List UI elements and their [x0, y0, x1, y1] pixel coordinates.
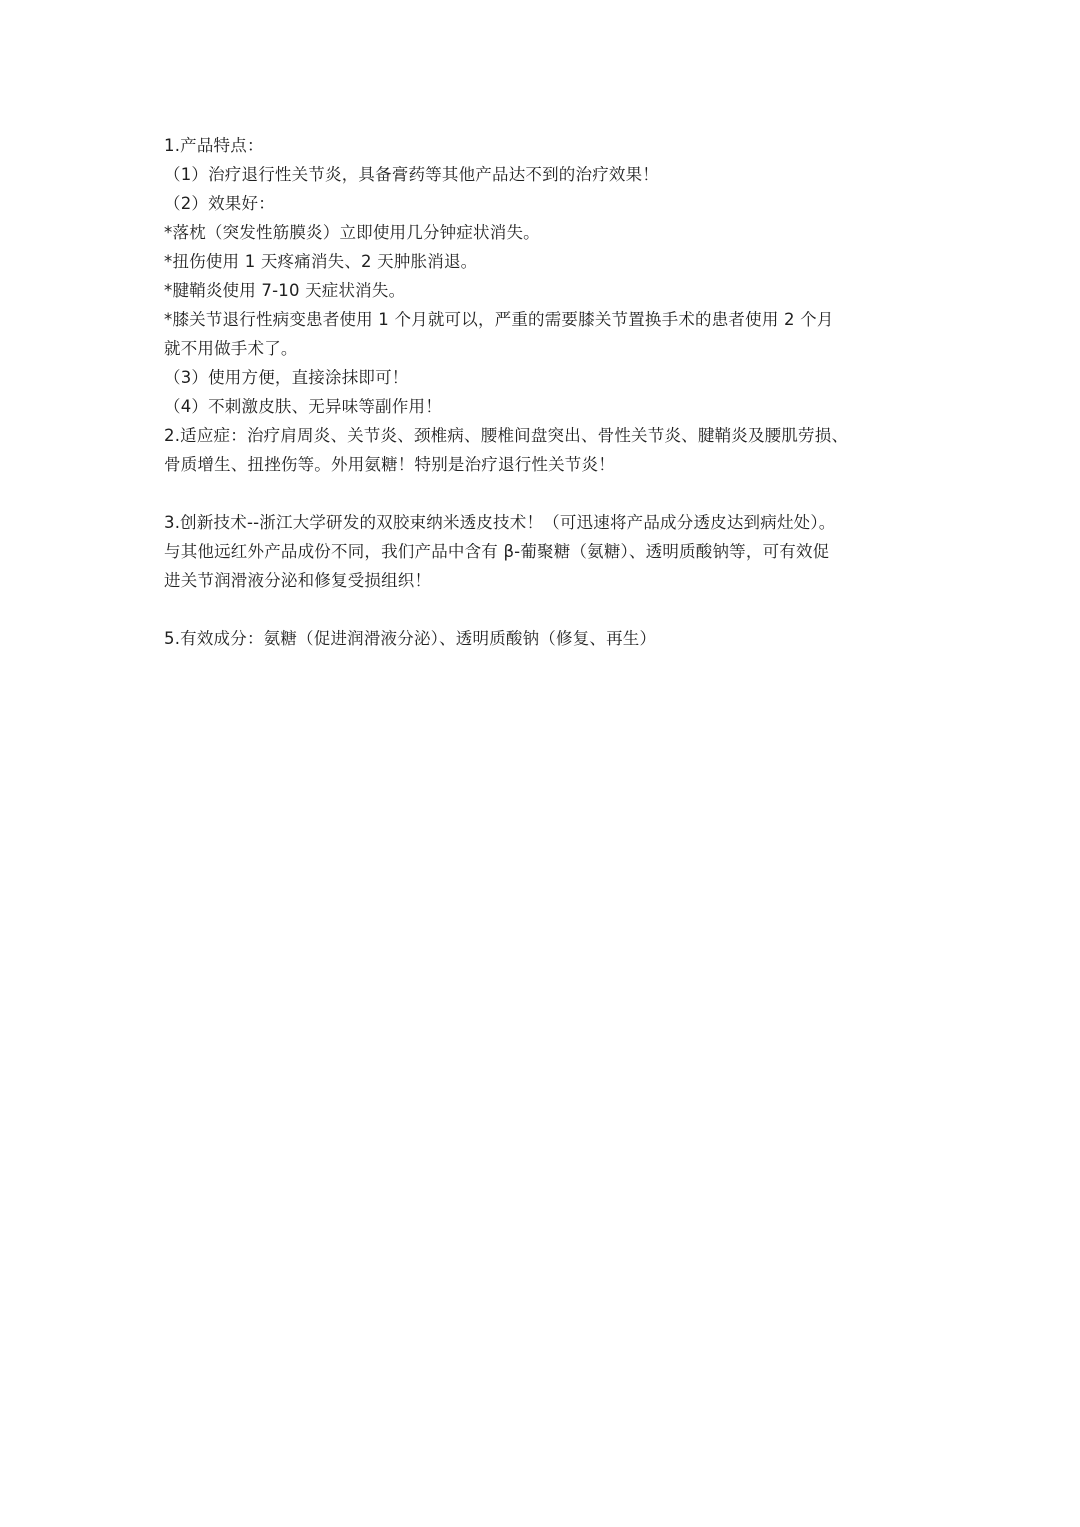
- section-innovation: 3.创新技术--浙江大学研发的双胶束纳米透皮技术！（可迅速将产品成分透皮达到病灶…: [164, 508, 944, 595]
- effect-item-knee: *膝关节退行性病变患者使用 1 个月就可以，严重的需要膝关节置换手术的患者使用 …: [164, 305, 944, 334]
- effect-item-tenosynovitis: *腱鞘炎使用 7-10 天症状消失。: [164, 276, 944, 305]
- innovation-line-1: 3.创新技术--浙江大学研发的双胶束纳米透皮技术！（可迅速将产品成分透皮达到病灶…: [164, 508, 944, 537]
- ingredients-line-1: 5.有效成分：氨糖（促进润滑液分泌）、透明质酸钠（修复、再生）: [164, 624, 944, 653]
- indications-line-1: 2.适应症：治疗肩周炎、关节炎、颈椎病、腰椎间盘突出、骨性关节炎、腱鞘炎及腰肌劳…: [164, 421, 944, 450]
- feature-item-4: （4）不刺激皮肤、无异味等副作用！: [164, 392, 944, 421]
- effect-item-knee-continued: 就不用做手术了。: [164, 334, 944, 363]
- document-page: 1.产品特点： （1）治疗退行性关节炎，具备膏药等其他产品达不到的治疗效果！ （…: [164, 131, 944, 653]
- section-product-features: 1.产品特点： （1）治疗退行性关节炎，具备膏药等其他产品达不到的治疗效果！ （…: [164, 131, 944, 421]
- feature-item-3: （3）使用方便，直接涂抹即可！: [164, 363, 944, 392]
- effect-item-sprain: *扭伤使用 1 天疼痛消失、2 天肿胀消退。: [164, 247, 944, 276]
- section-indications: 2.适应症：治疗肩周炎、关节炎、颈椎病、腰椎间盘突出、骨性关节炎、腱鞘炎及腰肌劳…: [164, 421, 944, 479]
- spacer: [164, 595, 944, 624]
- feature-item-2: （2）效果好：: [164, 189, 944, 218]
- effect-item-stiff-neck: *落枕（突发性筋膜炎）立即使用几分钟症状消失。: [164, 218, 944, 247]
- innovation-line-2: 与其他远红外产品成份不同，我们产品中含有 β-葡聚糖（氨糖）、透明质酸钠等，可有…: [164, 537, 944, 566]
- section-heading-product-features: 1.产品特点：: [164, 131, 944, 160]
- spacer: [164, 479, 944, 508]
- section-active-ingredients: 5.有效成分：氨糖（促进润滑液分泌）、透明质酸钠（修复、再生）: [164, 624, 944, 653]
- feature-item-1: （1）治疗退行性关节炎，具备膏药等其他产品达不到的治疗效果！: [164, 160, 944, 189]
- innovation-line-3: 进关节润滑液分泌和修复受损组织！: [164, 566, 944, 595]
- indications-line-2: 骨质增生、扭挫伤等。外用氨糖！特别是治疗退行性关节炎！: [164, 450, 944, 479]
